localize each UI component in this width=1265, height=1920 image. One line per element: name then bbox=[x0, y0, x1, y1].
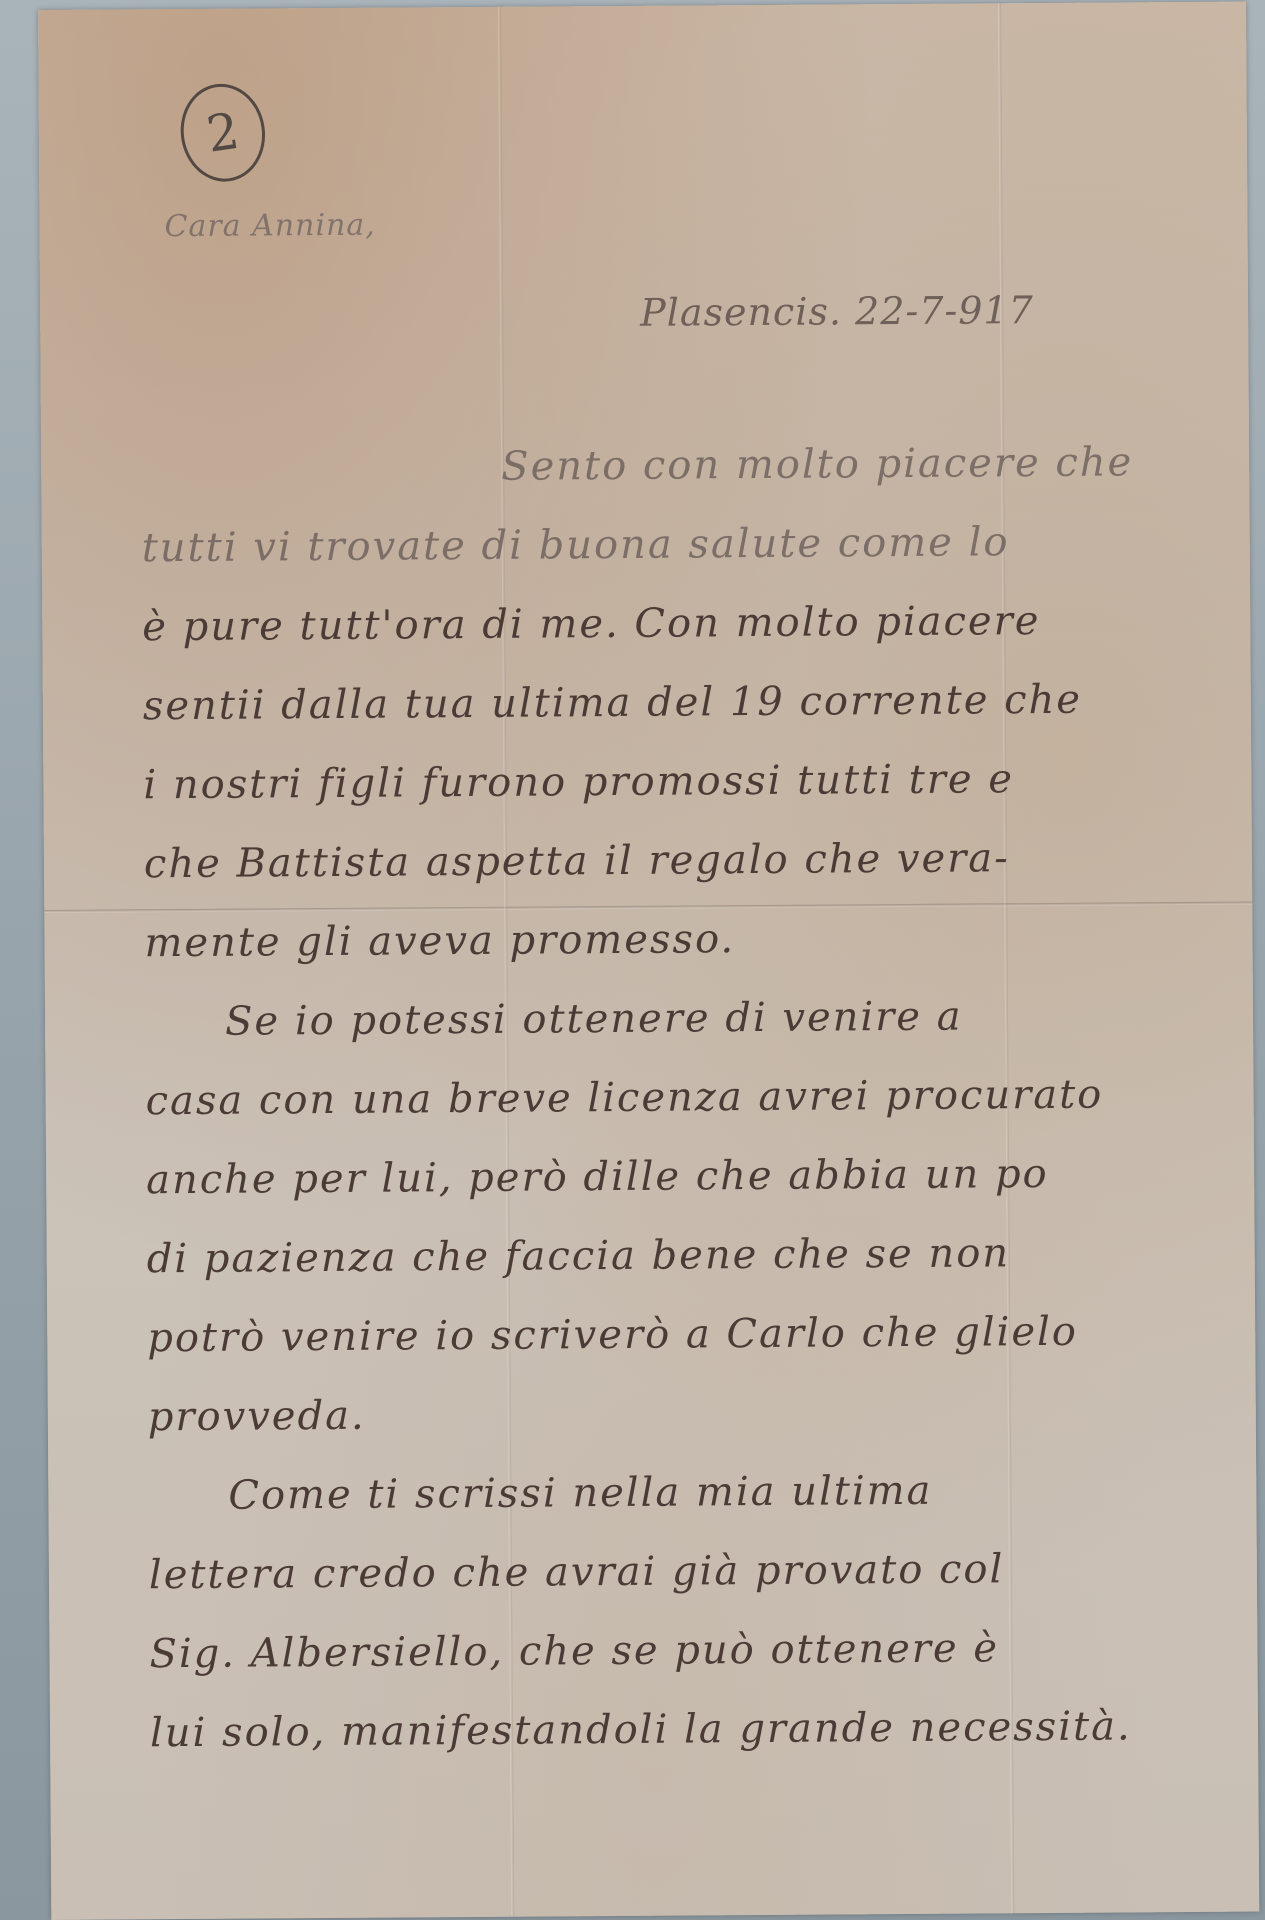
letter-line: Sig. Albersiello, che se può ottenere è bbox=[149, 1617, 1250, 1704]
letter-line: Se io potessi ottenere di venire a bbox=[145, 985, 1246, 1072]
letter-line: sentii dalla tua ultima del 19 corrente … bbox=[143, 669, 1244, 756]
letter-line: potrò venire io scriverò a Carlo che gli… bbox=[147, 1301, 1248, 1388]
letter-line: lettera credo che avrai già provato col bbox=[149, 1538, 1250, 1625]
page-number-text: 2 bbox=[203, 102, 243, 164]
letter-line: Come ti scrissi nella mia ultima bbox=[148, 1459, 1249, 1546]
letter-line: tutti vi trovate di buona salute come lo bbox=[142, 511, 1243, 598]
letter-sheet: 2 Cara Annina, Plasencis. 22-7-917 Sento… bbox=[38, 2, 1259, 1920]
letter-line: di pazienza che faccia bene che se non bbox=[147, 1222, 1248, 1309]
letter-line: casa con una breve licenza avrei procura… bbox=[145, 1064, 1246, 1151]
salutation: Cara Annina, bbox=[164, 208, 375, 244]
letter-line: è pure tutt'ora di me. Con molto piacere bbox=[142, 590, 1243, 677]
circled-page-number: 2 bbox=[174, 78, 271, 187]
letter-line: anche per lui, però dille che abbia un p… bbox=[146, 1143, 1247, 1230]
letter-line: mente gli aveva promesso. bbox=[144, 906, 1245, 993]
letter-line: i nostri figli furono promossi tutti tre… bbox=[143, 748, 1244, 835]
letter-body: Sento con molto piacere che tutti vi tro… bbox=[141, 432, 1250, 1783]
letter-line: provveda. bbox=[148, 1380, 1249, 1467]
letter-line: Sento con molto piacere che bbox=[141, 432, 1242, 519]
place-date: Plasencis. 22-7-917 bbox=[640, 288, 1034, 335]
letter-line: lui solo, manifestandoli la grande neces… bbox=[150, 1696, 1251, 1783]
letter-line: che Battista aspetta il regalo che vera- bbox=[144, 827, 1245, 914]
